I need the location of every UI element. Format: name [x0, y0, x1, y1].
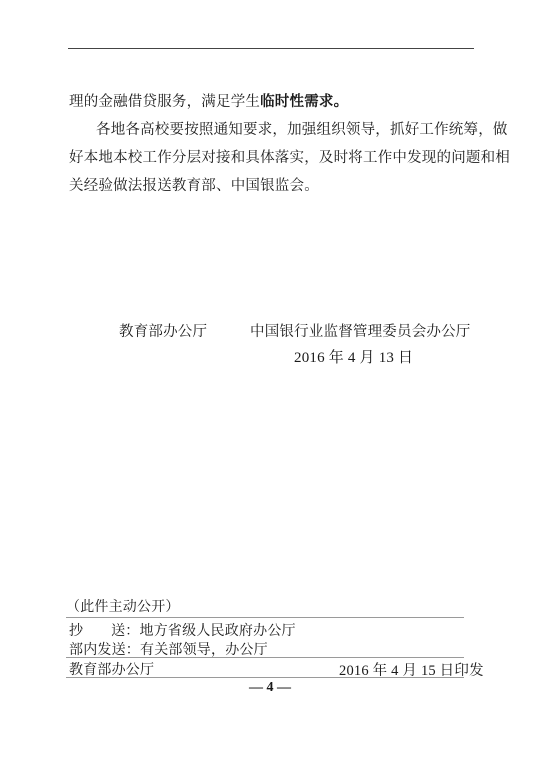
body-line-2: 各地各高校要按照通知要求，加强组织领导，抓好工作统筹，做	[96, 118, 508, 139]
internal-label: 部内发送：	[69, 642, 140, 658]
cc-label: 抄 送：	[69, 623, 140, 639]
cc-line: 抄 送：地方省级人民政府办公厅	[69, 620, 296, 640]
issuer: 教育部办公厅	[69, 659, 154, 679]
footer-rule-top	[66, 617, 464, 618]
body-line-1: 理的金融借贷服务，满足学生临时性需求。	[69, 90, 348, 111]
disclosure-note: （此件主动公开）	[66, 596, 180, 616]
signature-org-cbrc: 中国银行业监督管理委员会办公厅	[250, 320, 471, 341]
internal-line: 部内发送：有关部领导，办公厅	[69, 639, 268, 659]
body-line-1-emphasis: 临时性需求。	[260, 94, 348, 110]
page-number: — 4 —	[249, 680, 291, 696]
body-line-3: 好本地本校工作分层对接和具体落实，及时将工作中发现的问题和相	[69, 146, 510, 167]
signature-org-moe: 教育部办公厅	[119, 320, 207, 341]
footer-rule-middle	[66, 657, 464, 658]
header-rule	[68, 48, 474, 49]
footer-rule-bottom	[66, 677, 464, 678]
cc-value: 地方省级人民政府办公厅	[140, 623, 296, 639]
body-line-1-text: 理的金融借贷服务，满足学生	[69, 94, 260, 110]
signature-date: 2016 年 4 月 13 日	[294, 346, 413, 367]
internal-value: 有关部领导，办公厅	[140, 642, 268, 658]
body-line-4: 关经验做法报送教育部、中国银监会。	[69, 174, 319, 195]
